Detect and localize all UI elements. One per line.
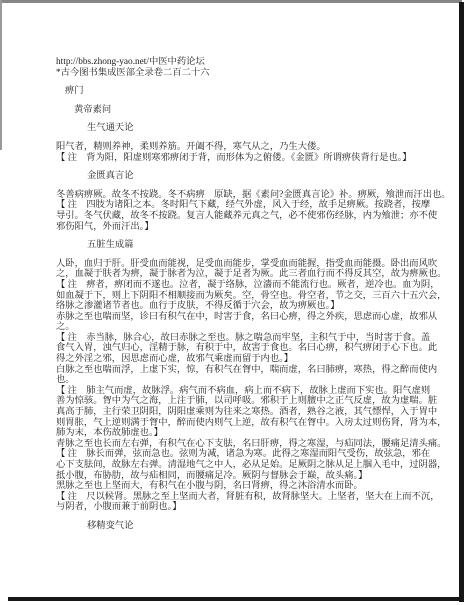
text-line: 人卧，血归于肝。肝受血而能视，足受血而能步，掌受血而能握，指受血而能摄。卧出而风…: [56, 259, 438, 270]
text-line: 青脉之至也长而左右弹，有积气在心下支胠，名曰肝痹，得之寒湿，与疝同法，腰痛足清头…: [56, 439, 438, 450]
text-line: 与阴者，小腹而兼于前阴也。】: [56, 502, 438, 513]
text-line: 抵小腹，布胁肋，故与疝相同，而腰痛足冷。厥阴与督脉会于巅，故头痛。】: [56, 471, 438, 482]
book-title: 黄帝素问: [74, 105, 438, 116]
text-line: 真高于肺，主行荣卫阴阳，阴阳虚乘则为往来之寒热。酒者，熟谷之液，其气慓悍，入于胃…: [56, 407, 438, 418]
text-line: 络脉之渗灌诸节者也。血行于皮肤，不得反循于穴会，故为痹厥也。】: [56, 301, 438, 312]
text-line: 导引。冬气伏藏，故冬不按跷。复言人能藏养元真之气，必不使邪伤经脉，内为飧泄；亦不…: [56, 211, 438, 222]
section-title: 生气通天论: [87, 123, 438, 134]
text-line: 善为惊骇。胷中为气之海，上注于肺，以司呼吸。邪积于上则膻中之正气反虚，故为虚喘。…: [56, 396, 438, 407]
scan-bottom-edge: [8, 597, 464, 601]
document-content: http://bbs.zhong-yao.net/中医中药论坛 *古今图书集成医…: [56, 57, 438, 540]
chapter-title: 痹门: [65, 86, 438, 97]
header-volume-line: *古今图书集成医部全录卷二百二十六: [56, 68, 438, 79]
text-line: 之，血凝于肤者为痹，凝于脉者为泣，凝于足者为厥。此三者血行而不得反其空，故为痹厥…: [56, 269, 438, 280]
scan-right-edge: [459, 2, 464, 602]
note-line: 【 注 背为阳，阳虚则寒邪痹闭于背，而形体为之俯偻。《金匮》所谓痹侠背行是也。】: [56, 153, 438, 164]
text-line: 黑脉之至也上坚而大，有积气在小腹与阴，名曰肾痹，得之沐浴清水而卧。: [56, 481, 438, 492]
text-line: 心下支胠间，故脉左右弹。清湿地气之中人，必从足始。足厥阴之脉从足上腘入毛中，过阴…: [56, 460, 438, 471]
note-line: 【 注 赤当脉，脉合心，故曰赤脉之至也。脉之喘急而牢坚，主积气于中，当时害于食。…: [56, 333, 438, 344]
text-line: 也。: [56, 375, 438, 386]
text-line: 阳气者，精则养神，柔则养筋。开阖不得，寒气从之，乃生大偻。: [56, 142, 438, 153]
header-url-line: http://bbs.zhong-yao.net/中医中药论坛: [56, 57, 438, 68]
text-line: 得之外淫之邪，因思虑而心虚，故邪气乘虚而留于内也。】: [56, 354, 438, 365]
note-line: 【 注 尺以候肾。黑脉之至上坚而大者，肾脏有积，故肾脉坚大。上坚者，坚大在上而不…: [56, 492, 438, 503]
scan-top-edge: [0, 0, 462, 3]
text-line: 肺为末，本伤故肺虚也。】: [56, 428, 438, 439]
note-line: 【 注 肺主气而虚，故脉浮。病气而不病血，病上而不病下，故脉上虚而下实也。阳气虚…: [56, 386, 438, 397]
scan-left-edge: [0, 0, 2, 150]
text-line: 邪伤阳气，外而汗出。】: [56, 222, 438, 233]
note-line: 【 注 痹者，痹闭而不遂也。泣者，凝于络脉，泣濇而不能流行也。厥者，逆冷也。血为…: [56, 280, 438, 291]
note-line: 【 注 四肢为诸阳之本。冬时阳气下藏，经气外虚，风入于经，故手足痹厥。按跷者，按…: [56, 200, 438, 211]
text-line: 之。: [56, 322, 438, 333]
text-line: 冬善病痹厥。故冬不按跷。冬不病痹 原缺，据《素问?金匮真言论》补。痹厥，飧泄而汗…: [56, 190, 438, 201]
text-line: 白脉之至也喘而浮，上虚下实，惊，有积气在胷中，喘而虚，名曰肺痹，寒热，得之醉而使…: [56, 365, 438, 376]
section-title: 五脏生成篇: [87, 240, 438, 251]
text-line: 赤脉之至也喘而坚，诊曰有积气在中，时害于食，名曰心痹，得之外疾，思虑而心虚，故邪…: [56, 312, 438, 323]
text-line: 则胃胀，气上逆则满于胷中，醉而使内则气上逆，故有积气在胷中。入房太过则伤肾，肾为…: [56, 418, 438, 429]
sections-container: 生气通天论阳气者，精则养神，柔则养筋。开阖不得，寒气从之，乃生大偻。【 注 背为…: [56, 123, 438, 531]
text-line: 如血凝于下，则上下阴阳不相顺接而为厥矣。空，骨空也。骨空者，节之交，三百六十五穴…: [56, 291, 438, 302]
text-line: 食气入胃，浊气归心，淫精于脉，有积于中，故害于食也。名曰心痹，积气痹闭于心下也。…: [56, 343, 438, 354]
scanned-document-page: http://bbs.zhong-yao.net/中医中药论坛 *古今图书集成医…: [0, 0, 468, 605]
note-line: 【 注 脉长而弹，弦而急也。弦则为减，诸急为寒。此得之寒湿而阳气受伤，故弦急，邪…: [56, 449, 438, 460]
section-title: 移精变气论: [87, 521, 438, 532]
section-title: 金匮真言论: [87, 171, 438, 182]
